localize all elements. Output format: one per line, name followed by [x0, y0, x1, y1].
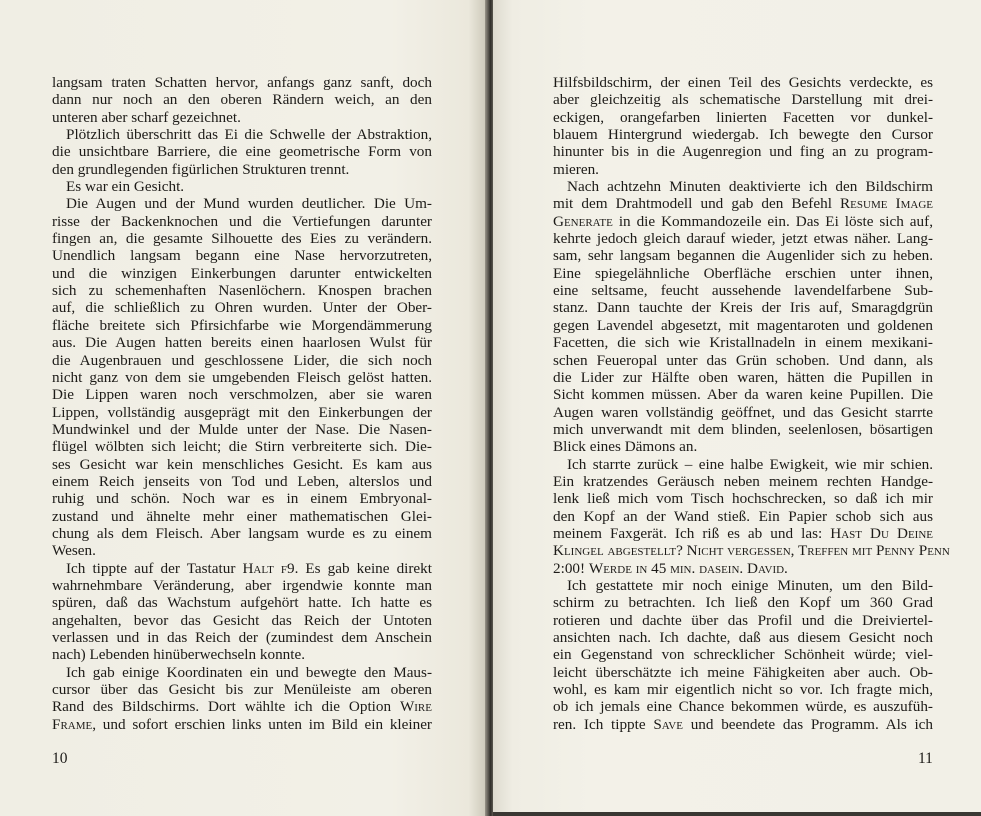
text-line: ein Gegenstand von schrecklicher Schönhe…	[553, 646, 933, 663]
right-page-text: Hilfsbildschirm, der einen Teil des Gesi…	[553, 74, 933, 733]
text-line: Ein kratzendes Geräusch neben meinem rec…	[553, 473, 933, 490]
text-line: mich unverwandt mit dem blinden, seelenl…	[553, 421, 933, 438]
text-line: eine seltsame, feucht aussehende lavende…	[553, 282, 933, 299]
text-line: schirm zu betrachten. Ich ließ den Kopf …	[553, 594, 933, 611]
text-line: nach) Lebenden hinüberwechseln konnte.	[52, 646, 432, 663]
text-line: Frame, und sofort erschien links unten i…	[52, 716, 432, 733]
text-line: Die Augen und der Mund wurden deutlicher…	[52, 195, 432, 212]
text-run: ren. Ich tippte	[553, 716, 653, 733]
text-line: Ich starrte zurück – eine halbe Ewigkeit…	[553, 456, 933, 473]
text-line: Es war ein Gesicht.	[52, 178, 432, 195]
text-run: Rand des Bildschirms. Dort wählte ich di…	[52, 698, 400, 715]
text-line: mieren.	[553, 161, 933, 178]
text-run: in die Kommandozeile ein. Das Ei löste s…	[613, 213, 933, 230]
text-line: 2:00! Werde in 45 min. dasein. David.	[553, 560, 933, 577]
text-line: nicht ganz von dem sie umgebenden Fleisc…	[52, 369, 432, 386]
page-bottom-edge	[493, 812, 981, 816]
text-line: Plötzlich überschritt das Ei die Schwell…	[52, 126, 432, 143]
text-line: Die Lippen waren noch verschmolzen, aber…	[52, 386, 432, 403]
text-line: Lippen, vollständig ausgeprägt mit den E…	[52, 404, 432, 421]
left-page-text: langsam traten Schatten hervor, anfangs …	[52, 74, 432, 733]
text-run: , und sofort erschien links unten im Bil…	[92, 716, 432, 733]
text-line: zustand und ähnelte mehr einer mathemati…	[52, 508, 432, 525]
text-run: 2:00!	[553, 560, 589, 577]
text-line: auf, die schließlich zu Ohren wurden. Un…	[52, 299, 432, 316]
text-line: Wesen.	[52, 542, 432, 559]
text-line: hinunter bis in die Augenregion und fing…	[553, 143, 933, 160]
small-caps-command: Werde in 45 min. dasein. David.	[589, 560, 788, 577]
text-line: ob ich jemals eine Chance bekommen würde…	[553, 698, 933, 715]
text-line: Ich gestattete mir noch einige Minuten, …	[553, 577, 933, 594]
text-line: die Augenbrauen und geschlossene Lider, …	[52, 352, 432, 369]
text-line: Klingel abgestellt? Nicht vergessen, Tre…	[553, 542, 933, 559]
text-line: Generate in die Kommandozeile ein. Das E…	[553, 213, 933, 230]
text-line: flügel wölbten sich leicht; die Stirn ve…	[52, 438, 432, 455]
text-line: aus. Die Augen hatten bereits einen haar…	[52, 334, 432, 351]
small-caps-command: Generate	[553, 213, 613, 230]
text-line: ruhig und schön. Noch war es in einem Em…	[52, 490, 432, 507]
text-line: einem Reich jenseits von Tod und Leben, …	[52, 473, 432, 490]
text-line: sam, sehr langsam begannen die Augenlide…	[553, 247, 933, 264]
text-line: angehalten, bevor das Gesicht das Reich …	[52, 612, 432, 629]
text-line: Unendlich langsam begann eine Nase hervo…	[52, 247, 432, 264]
text-line: ansichten nach. Ich dachte, daß aus dies…	[553, 629, 933, 646]
text-line: wohl, es kam mir eigentlich nicht so vor…	[553, 681, 933, 698]
text-line: wahrnehmbare Veränderung, aber irgendwie…	[52, 577, 432, 594]
text-run: . Es gab keine direkt	[295, 560, 432, 577]
text-line: meinem Faxgerät. Ich riß es ab und las: …	[553, 525, 933, 542]
book-spread: langsam traten Schatten hervor, anfangs …	[0, 0, 981, 816]
text-line: den Kopf an der Wand stieß. Ein Papier s…	[553, 508, 933, 525]
text-line: ses Gesicht war kein menschliches Gesich…	[52, 456, 432, 473]
text-line: aber gleichzeitig als schematische Darst…	[553, 91, 933, 108]
text-line: Ich gab einige Koordinaten ein und beweg…	[52, 664, 432, 681]
text-line: kehrte jedoch gleich darauf wieder, jetz…	[553, 230, 933, 247]
right-page: Hilfsbildschirm, der einen Teil des Gesi…	[493, 0, 981, 816]
text-line: Hilfsbildschirm, der einen Teil des Gesi…	[553, 74, 933, 91]
text-line: risse der Backenknochen und die Vertiefu…	[52, 213, 432, 230]
text-line: rotieren und dachte über das Profil und …	[553, 612, 933, 629]
text-line: Eine spiegelähnliche Oberfläche erschien…	[553, 265, 933, 282]
text-line: spüren, daß das Wachstum aufgehört hatte…	[52, 594, 432, 611]
text-line: den grundlegenden figürlichen Strukturen…	[52, 161, 432, 178]
text-line: Facetten, die sich wie Kristallnadeln in…	[553, 334, 933, 351]
text-line: Blick eines Dämons an.	[553, 438, 933, 455]
text-line: eckigen, orangefarben linierten Facetten…	[553, 109, 933, 126]
text-line: mit dem Drahtmodell und gab den Befehl R…	[553, 195, 933, 212]
text-line: fläche breitete sich Pfirsichfarbe wie M…	[52, 317, 432, 334]
text-line: verlassen und in das Reich der (zumindes…	[52, 629, 432, 646]
small-caps-command: Save	[653, 716, 683, 733]
text-line: lenk ließ mich vom Tisch hochschrecken, …	[553, 490, 933, 507]
small-caps-command: Klingel abgestellt? Nicht vergessen, Tre…	[553, 542, 950, 559]
text-line: Sicht kommen müssen. Aber da waren keine…	[553, 386, 933, 403]
text-run: meinem Faxgerät. Ich riß es ab und las:	[553, 525, 830, 542]
text-run: Ich tippte auf der Tastatur	[66, 560, 242, 577]
text-line: und die winzigen Einkerbungen darunter e…	[52, 265, 432, 282]
small-caps-command: Halt f9	[242, 560, 294, 577]
text-line: cursor über das Gesicht bis zur Menüleis…	[52, 681, 432, 698]
text-line: sich zu schemenhaften Nasenlöchern. Knos…	[52, 282, 432, 299]
text-line: die Lider zur Hälfte oben waren, hätten …	[553, 369, 933, 386]
text-run: und beendete das Programm. Als ich	[683, 716, 933, 733]
text-line: Ich tippte auf der Tastatur Halt f9. Es …	[52, 560, 432, 577]
text-run: mit dem Drahtmodell und gab den Befehl	[553, 195, 840, 212]
text-line: leicht überschätzte ich meine Fähigkeite…	[553, 664, 933, 681]
small-caps-command: Hast Du Deine	[830, 525, 933, 542]
left-page: langsam traten Schatten hervor, anfangs …	[0, 0, 488, 816]
text-line: schen Feueropal unter das Grün schoben. …	[553, 352, 933, 369]
text-line: Nach achtzehn Minuten deaktivierte ich d…	[553, 178, 933, 195]
text-line: Augen waren vollständig geöffnet, und da…	[553, 404, 933, 421]
text-line: unteren aber scharf gezeichnet.	[52, 109, 432, 126]
text-line: Mundwinkel und der Mulde unter der Nase.…	[52, 421, 432, 438]
small-caps-command: Wire	[400, 698, 432, 715]
text-line: ren. Ich tippte Save und beendete das Pr…	[553, 716, 933, 733]
text-line: fingen an, die gesamte Silhouette des Ei…	[52, 230, 432, 247]
text-line: gegen Lavendel abgesetzt, mit magentarot…	[553, 317, 933, 334]
small-caps-command: Frame	[52, 716, 92, 733]
text-line: chung als dem Fleisch. Aber langsam wurd…	[52, 525, 432, 542]
text-line: stanz. Dann tauchte der Kreis der Iris a…	[553, 299, 933, 316]
text-line: langsam traten Schatten hervor, anfangs …	[52, 74, 432, 91]
text-line: blauem Hintergrund wiedergab. Ich bewegt…	[553, 126, 933, 143]
small-caps-command: Resume Image	[840, 195, 933, 212]
text-line: Rand des Bildschirms. Dort wählte ich di…	[52, 698, 432, 715]
text-line: die unsichtbare Barriere, die eine geome…	[52, 143, 432, 160]
left-page-number: 10	[52, 750, 68, 768]
right-page-number: 11	[918, 750, 933, 768]
text-line: dann nur noch an den oberen Rändern weic…	[52, 91, 432, 108]
